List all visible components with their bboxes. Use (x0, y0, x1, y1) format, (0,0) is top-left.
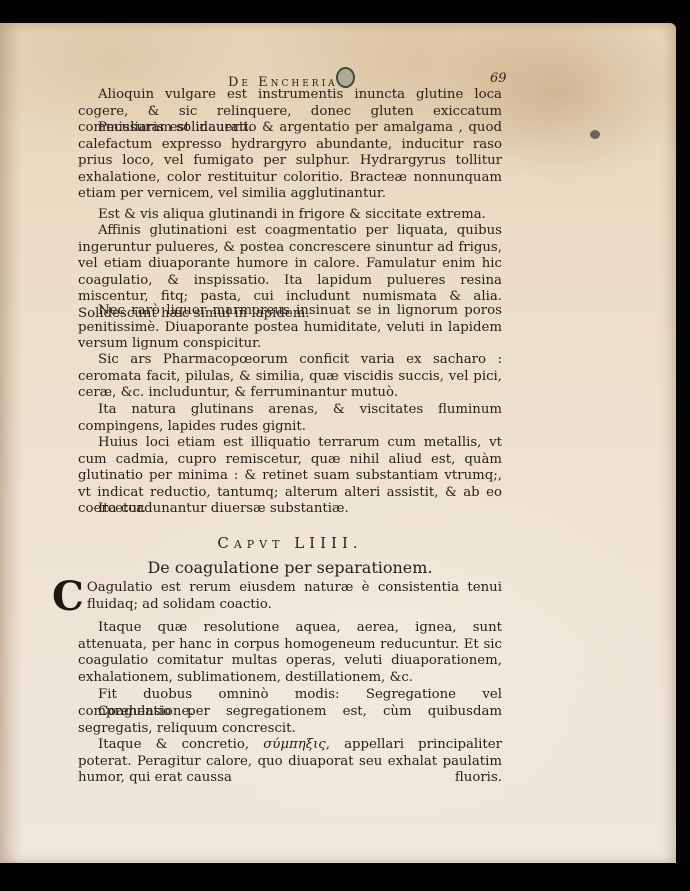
book-page: De Encheria 69 Alioquin vulgare est inst… (0, 23, 676, 863)
page-text: De Encheria 69 Alioquin vulgare est inst… (0, 23, 676, 863)
paragraph-6: Sic ars Pharmacopœorum conficit varia ex… (78, 352, 502, 402)
paragraph-5: Nec rarò liquor marmoreus insinuat se in… (78, 303, 502, 353)
paragraph-3: Est & vis aliqua glutinandi in frigore &… (78, 207, 502, 224)
chapter-subtitle: De coagulatione per separationem. (78, 558, 502, 577)
page-number: 69 (490, 71, 507, 86)
final-word: fluoris. (78, 770, 502, 787)
ink-stamp-icon (336, 67, 355, 88)
greek-term: σύμπηξις (263, 737, 326, 752)
drop-cap: C (52, 581, 84, 613)
chapter-first-paragraph: COagulatio est rerum eiusdem naturæ è co… (52, 580, 502, 613)
paragraph-9: Ita coadunantur diuersæ substantiæ. (78, 501, 502, 518)
paragraph-2: Peculiaris est inauratio & argentatio pe… (78, 120, 502, 203)
chapter-title: Capvt LIIII. (78, 534, 502, 552)
chapter-paragraph-1: Itaque quæ resolutione aquea, aerea, ign… (78, 620, 502, 686)
paragraph-7: Ita natura glutinans arenas, & viscitate… (78, 402, 502, 435)
chapter-paragraph-3: Coagulatio per segregationem est, cùm qu… (78, 704, 502, 737)
